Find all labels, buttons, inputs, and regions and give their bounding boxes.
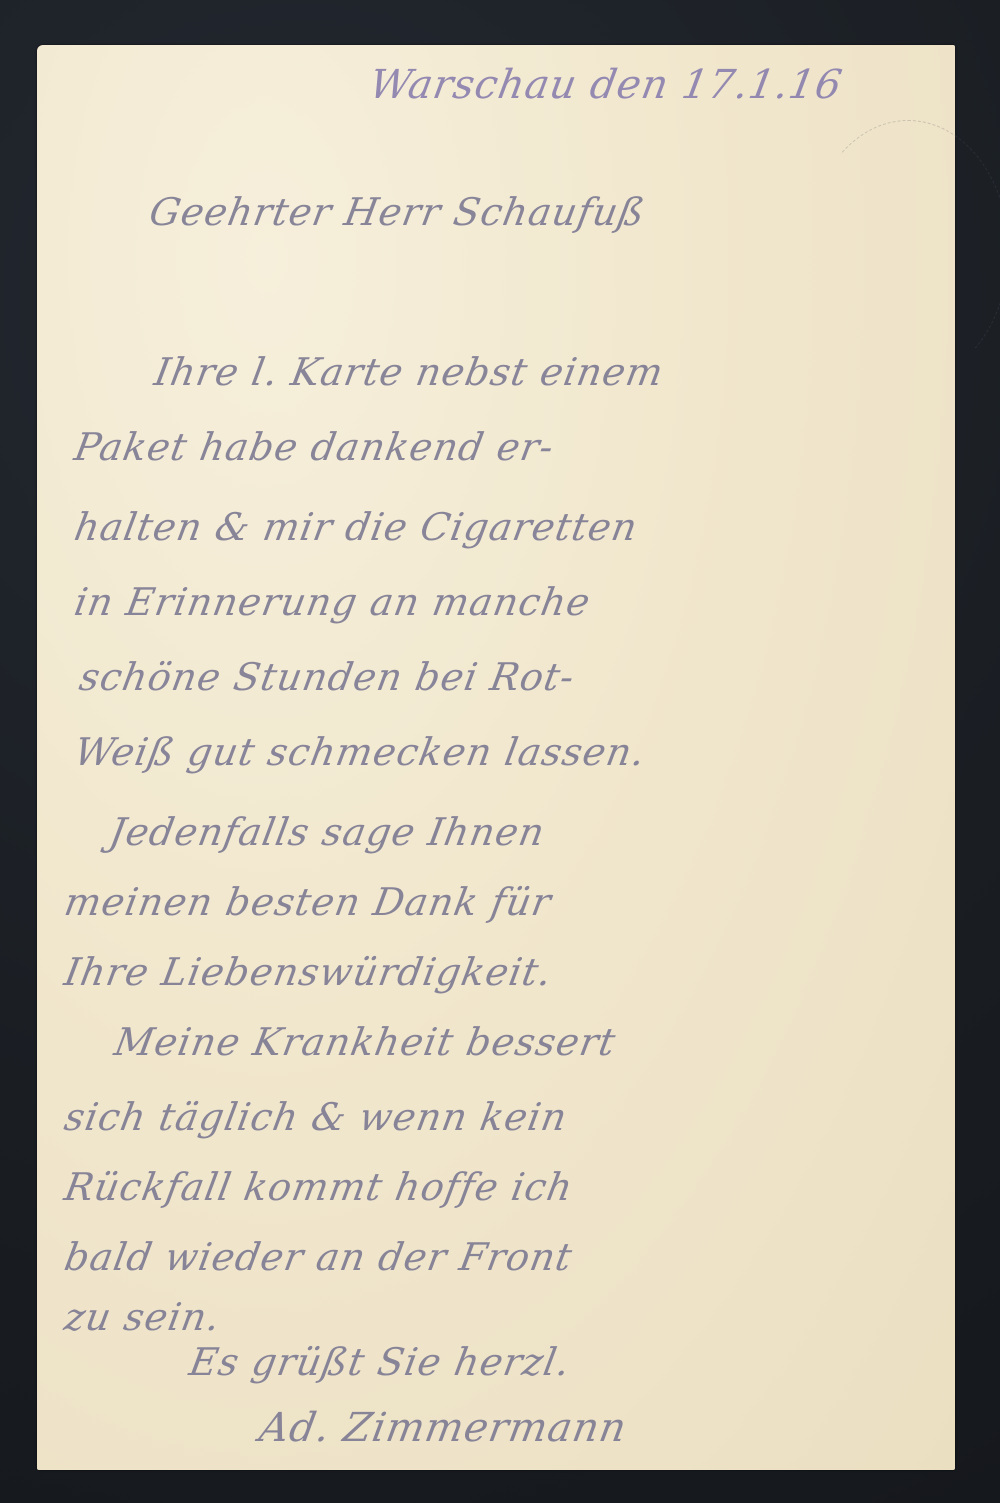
body-line: Jedenfalls sage Ihnen bbox=[106, 810, 548, 854]
body-line: bald wieder an der Front bbox=[61, 1235, 576, 1279]
body-line: Ihre Liebenswürdigkeit. bbox=[61, 950, 556, 994]
body-line: Meine Krankheit bessert bbox=[111, 1020, 619, 1064]
place-date: Warschau den 17.1.16 bbox=[366, 62, 846, 108]
body-line: Ihre l. Karte nebst einem bbox=[151, 350, 667, 394]
body-line: Weiß gut schmecken lassen. bbox=[71, 730, 649, 774]
body-line: halten & mir die Cigaretten bbox=[71, 505, 641, 549]
body-line: meinen besten Dank für bbox=[61, 880, 555, 924]
body-line: Paket habe dankend er- bbox=[71, 425, 558, 469]
body-line: zu sein. bbox=[61, 1295, 224, 1339]
faint-postmark-circle bbox=[807, 120, 1000, 382]
salutation: Geehrter Herr Schaufuß bbox=[146, 190, 649, 234]
body-line: schöne Stunden bei Rot- bbox=[76, 655, 578, 699]
signature: Ad. Zimmermann bbox=[256, 1405, 631, 1451]
body-line: sich täglich & wenn kein bbox=[61, 1095, 571, 1139]
body-line: in Erinnerung an manche bbox=[71, 580, 594, 624]
closing: Es grüßt Sie herzl. bbox=[186, 1340, 574, 1384]
body-line: Rückfall kommt hoffe ich bbox=[61, 1165, 577, 1209]
